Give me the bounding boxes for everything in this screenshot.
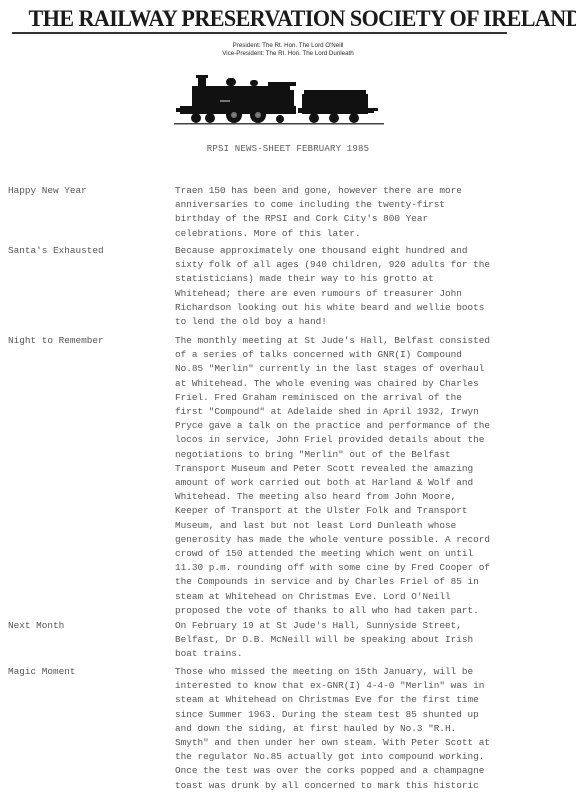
newssheet-title: RPSI NEWS-SHEET FEBRUARY 1985: [0, 144, 576, 154]
officers-block: President: The Rt. Hon. The Lord O'Neill…: [150, 42, 426, 58]
body-line: locos in service, John Friel provided de…: [175, 433, 575, 447]
body-line: Whitehead. The meeting also heard from J…: [175, 490, 575, 504]
newsletter-page: THE RAILWAY PRESERVATION SOCIETY OF IREL…: [0, 0, 576, 800]
body-line: 11.30 p.m. rounding off with some cine b…: [175, 561, 575, 575]
body-line: and down the siding, at first hauled by …: [175, 722, 575, 736]
section-body: The monthly meeting at St Jude's Hall, B…: [175, 334, 575, 618]
body-line: since Summer 1963. During the steam test…: [175, 708, 575, 722]
body-line: Smyth" and then under her own steam. Wit…: [175, 736, 575, 750]
body-line: at Whitehead. The whole evening was chai…: [175, 377, 575, 391]
body-line: Those who missed the meeting on 15th Jan…: [175, 665, 575, 679]
masthead-rule: [12, 32, 507, 34]
section-heading: Santa's Exhausted: [8, 244, 104, 258]
body-line: statisticians) made their way to his gro…: [175, 272, 575, 286]
body-line: Belfast, Dr D.B. McNeill will be speakin…: [175, 633, 575, 647]
body-line: Transport Museum and Peter Scott reveale…: [175, 462, 575, 476]
body-line: negotiations to bring "Merlin" out of th…: [175, 448, 575, 462]
body-line: The monthly meeting at St Jude's Hall, B…: [175, 334, 575, 348]
body-line: steam at Whitehead on Christmas Eve. Lor…: [175, 590, 575, 604]
body-line: proposed the vote of thanks to all who h…: [175, 604, 575, 618]
body-line: On February 19 at St Jude's Hall, Sunnys…: [175, 619, 575, 633]
body-line: Whitehead; there are even rumours of tre…: [175, 287, 575, 301]
body-line: crowd of 150 attended the meeting which …: [175, 547, 575, 561]
body-line: birthday of the RPSI and Cork City's 800…: [175, 212, 575, 226]
body-line: to lend the old boy a hand!: [175, 315, 575, 329]
body-line: generosity has made the whole venture po…: [175, 533, 575, 547]
body-line: anniversaries to come including the twen…: [175, 198, 575, 212]
body-line: Keeper of Transport at the Ulster Folk a…: [175, 504, 575, 518]
body-line: toast was drunk by all concerned to mark…: [175, 779, 575, 793]
body-line: Friel. Fred Graham reminisced on the arr…: [175, 391, 575, 405]
body-line: Because approximately one thousand eight…: [175, 244, 575, 258]
section-heading: Next Month: [8, 619, 64, 633]
body-line: steam at Whitehead on Christmas Eve for …: [175, 693, 575, 707]
section-body: Because approximately one thousand eight…: [175, 244, 575, 329]
body-line: the Compounds in service and by Charles …: [175, 575, 575, 589]
president-line: President: The Rt. Hon. The Lord O'Neill: [150, 42, 426, 50]
steam-locomotive-icon: [172, 70, 386, 126]
vice-president-line: Vice-President: The Rt. Hon. The Lord Du…: [150, 50, 426, 58]
body-line: Museum, and last but not least Lord Dunl…: [175, 519, 575, 533]
section-body: On February 19 at St Jude's Hall, Sunnys…: [175, 619, 575, 662]
body-line: Richardson looking out his white beard a…: [175, 301, 575, 315]
body-line: the regulator No.85 actually got into co…: [175, 750, 575, 764]
body-line: amount of work carried out both at Harla…: [175, 476, 575, 490]
body-line: sixty folk of all ages (940 children, 92…: [175, 258, 575, 272]
section-heading: Magic Moment: [8, 665, 76, 679]
masthead-title: THE RAILWAY PRESERVATION SOCIETY OF IREL…: [29, 6, 548, 32]
body-line: of a series of talks concerned with GNR(…: [175, 348, 575, 362]
body-line: Once the test was over the corks popped …: [175, 764, 575, 778]
body-line: interested to know that ex-GNR(I) 4-4-0 …: [175, 679, 575, 693]
section-body: Traen 150 has been and gone, however the…: [175, 184, 575, 241]
body-line: boat trains.: [175, 647, 575, 661]
section-body: Those who missed the meeting on 15th Jan…: [175, 665, 575, 793]
body-line: first "Compound" at Adelaide shed in Apr…: [175, 405, 575, 419]
body-line: Traen 150 has been and gone, however the…: [175, 184, 575, 198]
body-line: No.85 "Merlin" currently in the last sta…: [175, 362, 575, 376]
section-heading: Night to Remember: [8, 334, 104, 348]
body-line: celebrations. More of this later.: [175, 227, 575, 241]
section-heading: Happy New Year: [8, 184, 87, 198]
body-line: Pryce gave a talk on the practice and pe…: [175, 419, 575, 433]
